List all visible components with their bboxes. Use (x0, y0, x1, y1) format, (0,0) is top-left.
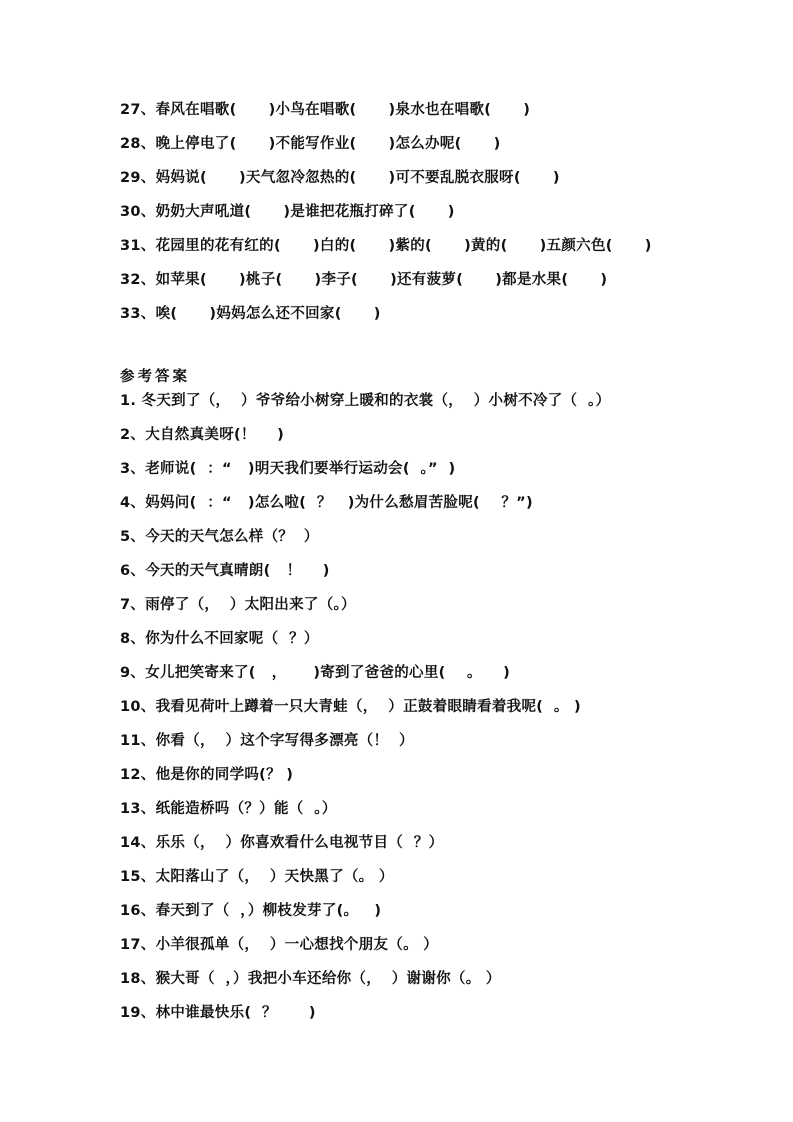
answer-line: 13、纸能造桥吗（？）能（ 。） (120, 799, 337, 819)
item-number: 5、 (120, 529, 145, 545)
item-number: 1. (120, 393, 142, 409)
item-number: 11、 (120, 733, 156, 749)
item-number: 4、 (120, 495, 145, 511)
answer-line: 15、太阳落山了（， ）天快黑了（。 ） (120, 867, 394, 887)
answer-line: 14、乐乐（， ）你喜欢看什么电视节目（ ？） (120, 833, 443, 853)
question-line: 32、如苹果( )桃子( )李子( )还有菠萝( )都是水果( ) (120, 270, 607, 290)
question-line: 33、唉( )妈妈怎么还不回家( ) (120, 304, 381, 324)
item-text: 春风在唱歌( )小鸟在唱歌( )泉水也在唱歌( ) (156, 102, 531, 118)
answer-line: 11、你看（， ）这个字写得多漂亮（！ ） (120, 731, 414, 751)
item-text: 冬天到了（， ）爷爷给小树穿上暖和的衣裳（， ）小树不冷了（ 。） (142, 393, 611, 409)
item-text: 妈妈说( )天气忽冷忽热的( )可不要乱脱衣服呀( ) (156, 170, 560, 186)
answer-line: 8、你为什么不回家呢（ ？） (120, 629, 319, 649)
answer-line: 4、妈妈问( ：“ )怎么啦( ？ )为什么愁眉苦脸呢( ？”) (120, 493, 533, 513)
item-text: 林中谁最快乐( ？ ) (156, 1005, 316, 1021)
question-line: 31、花园里的花有红的( )白的( )紫的( )黄的( )五颜六色( ) (120, 236, 652, 256)
item-text: 大自然真美呀(！ ) (145, 427, 284, 443)
item-text: 我看见荷叶上蹲着一只大青蛙（， ）正鼓着眼睛看着我呢( 。 ) (156, 699, 581, 715)
item-number: 19、 (120, 1005, 156, 1021)
answer-line: 7、雨停了（， ）太阳出来了（。） (120, 595, 356, 615)
item-number: 14、 (120, 835, 156, 851)
item-number: 17、 (120, 937, 156, 953)
answer-line: 2、大自然真美呀(！ ) (120, 425, 284, 445)
item-text: 春天到了（ ，）柳枝发芽了(。 ) (156, 903, 382, 919)
item-text: 奶奶大声吼道( )是谁把花瓶打碎了( ) (156, 204, 455, 220)
item-number: 16、 (120, 903, 156, 919)
answer-line: 18、猴大哥（ ，）我把小车还给你（， ）谢谢你（。 ） (120, 969, 501, 989)
item-text: 雨停了（， ）太阳出来了（。） (145, 597, 356, 613)
answer-line: 5、今天的天气怎么样（？ ） (120, 527, 319, 547)
answer-line: 9、女儿把笑寄来了( ， )寄到了爸爸的心里( 。 ) (120, 663, 510, 683)
item-text: 太阳落山了（， ）天快黑了（。 ） (156, 869, 394, 885)
answer-line: 19、林中谁最快乐( ？ ) (120, 1003, 316, 1023)
item-number: 15、 (120, 869, 156, 885)
item-text: 花园里的花有红的( )白的( )紫的( )黄的( )五颜六色( ) (156, 238, 652, 254)
question-line: 28、晚上停电了( )不能写作业( )怎么办呢( ) (120, 134, 501, 154)
question-line: 27、春风在唱歌( )小鸟在唱歌( )泉水也在唱歌( ) (120, 100, 530, 120)
item-text: 今天的天气真晴朗( ！ ) (145, 563, 330, 579)
item-number: 8、 (120, 631, 145, 647)
item-number: 33、 (120, 306, 156, 322)
item-number: 32、 (120, 272, 156, 288)
question-line: 30、奶奶大声吼道( )是谁把花瓶打碎了( ) (120, 202, 455, 222)
item-text: 女儿把笑寄来了( ， )寄到了爸爸的心里( 。 ) (145, 665, 510, 681)
item-text: 如苹果( )桃子( )李子( )还有菠萝( )都是水果( ) (156, 272, 608, 288)
question-line: 29、妈妈说( )天气忽冷忽热的( )可不要乱脱衣服呀( ) (120, 168, 560, 188)
item-text: 他是你的同学吗(？ ) (156, 767, 294, 783)
item-number: 10、 (120, 699, 156, 715)
item-text: 小羊很孤单（， ）一心想找个朋友（。 ） (156, 937, 438, 953)
item-number: 2、 (120, 427, 145, 443)
answer-line: 6、今天的天气真晴朗( ！ ) (120, 561, 330, 581)
item-text: 你看（， ）这个字写得多漂亮（！ ） (156, 733, 414, 749)
item-number: 3、 (120, 461, 145, 477)
item-text: 你为什么不回家呢（ ？） (145, 631, 319, 647)
item-number: 29、 (120, 170, 156, 186)
answer-line: 16、春天到了（ ，）柳枝发芽了(。 ) (120, 901, 381, 921)
item-number: 30、 (120, 204, 156, 220)
answer-line: 1. 冬天到了（， ）爷爷给小树穿上暖和的衣裳（， ）小树不冷了（ 。） (120, 391, 610, 411)
answer-line: 10、我看见荷叶上蹲着一只大青蛙（， ）正鼓着眼睛看着我呢( 。 ) (120, 697, 581, 717)
item-text: 唉( )妈妈怎么还不回家( ) (156, 306, 381, 322)
item-text: 乐乐（， ）你喜欢看什么电视节目（ ？） (156, 835, 444, 851)
item-number: 28、 (120, 136, 156, 152)
item-number: 13、 (120, 801, 156, 817)
item-number: 12、 (120, 767, 156, 783)
item-text: 妈妈问( ：“ )怎么啦( ？ )为什么愁眉苦脸呢( ？”) (145, 495, 533, 511)
answer-line: 3、老师说( ：“ )明天我们要举行运动会( 。” ) (120, 459, 455, 479)
item-text: 老师说( ：“ )明天我们要举行运动会( 。” ) (145, 461, 455, 477)
answers-heading: 参考答案 (120, 367, 190, 387)
item-number: 27、 (120, 102, 156, 118)
item-number: 9、 (120, 665, 145, 681)
item-text: 猴大哥（ ，）我把小车还给你（， ）谢谢你（。 ） (156, 971, 501, 987)
answer-line: 17、小羊很孤单（， ）一心想找个朋友（。 ） (120, 935, 438, 955)
answer-line: 12、他是你的同学吗(？ ) (120, 765, 293, 785)
item-text: 今天的天气怎么样（？ ） (145, 529, 319, 545)
item-number: 18、 (120, 971, 156, 987)
item-number: 6、 (120, 563, 145, 579)
item-text: 晚上停电了( )不能写作业( )怎么办呢( ) (156, 136, 501, 152)
item-number: 7、 (120, 597, 145, 613)
item-number: 31、 (120, 238, 156, 254)
item-text: 纸能造桥吗（？）能（ 。） (156, 801, 337, 817)
